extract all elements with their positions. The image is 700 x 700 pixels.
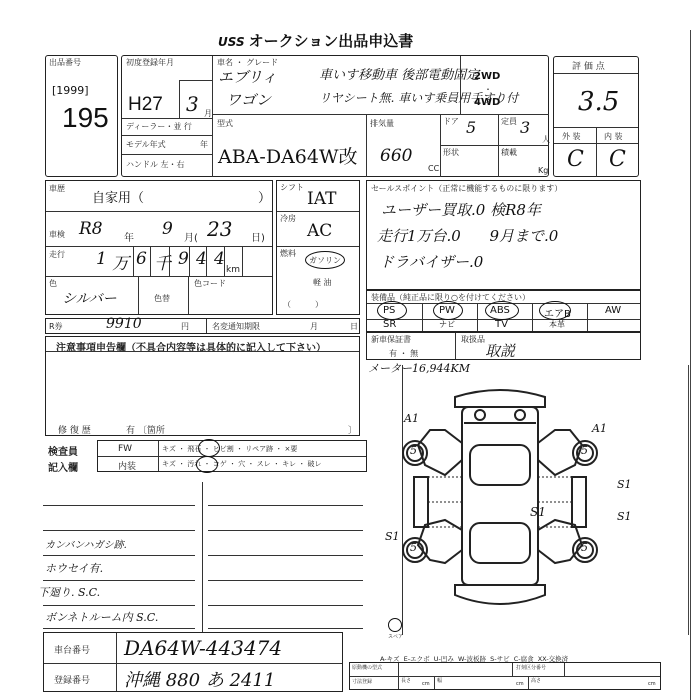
equip-tv[interactable]: TV — [495, 319, 508, 330]
transfer-deadline-label: 名変通知期限 — [212, 321, 260, 332]
first-registration-month: 3 — [186, 92, 199, 116]
car-body: ワゴン — [226, 89, 271, 110]
sales-point-line: ドラバイザー.0 — [379, 251, 483, 272]
usage-close: ） — [258, 187, 271, 206]
accessories-value: 取説 — [485, 340, 515, 361]
car-name: エブリィ — [218, 66, 277, 87]
aircon-label: 冷房 — [280, 213, 296, 224]
repair-close: 〕 — [348, 423, 357, 436]
notes-box: 注意事項申告欄（不具合内容等は具体的に記入して下さい） 修 復 歴 有 〔箇所 … — [45, 336, 360, 436]
repair-history-value: 有 〔箇所 — [126, 423, 165, 436]
tire-tread-rl: 5 — [410, 541, 417, 554]
drive-4wd[interactable]: 4WD — [474, 97, 500, 108]
capacity-label: 定員 — [501, 116, 517, 127]
recycle-unit: 円 — [181, 321, 189, 332]
model-code: ABA-DA64W改 — [218, 142, 358, 169]
inspection-label: 車検 — [49, 229, 65, 240]
mileage-digit: 6 — [136, 249, 147, 269]
fuel-diesel[interactable]: 軽 油 — [313, 277, 332, 288]
damage-mark-right-side: S1 — [617, 478, 632, 491]
model-code-label: 型式 — [217, 118, 233, 129]
dimension-label: 寸法登録 — [352, 678, 372, 685]
warranty-box: 新車保証書 有 ・ 無 取扱品 取説 — [366, 332, 641, 360]
abs-circle — [485, 301, 519, 320]
interior-items: キズ ・ 汚れ ・ コゲ ・ 穴 ・ スレ ・ キレ ・ 破レ — [162, 459, 322, 469]
car-damage-diagram — [400, 385, 600, 615]
inspector-note: カンバンハガシ跡. — [45, 536, 127, 551]
cm-unit: cm — [648, 681, 656, 687]
chassis-number: DA64W-443474 — [124, 636, 282, 660]
transfer-day-unit: 日 — [350, 321, 358, 332]
fuel-other[interactable]: （ ） — [283, 299, 323, 310]
model-year-label: モデル年式 — [126, 139, 166, 150]
equip-sr[interactable]: SR — [383, 319, 396, 330]
fw-items: キズ ・ 飛石 ・ ヒビ割 ・ リペア跡 ・ ×要 — [162, 444, 297, 454]
dealer-row-label: ディーラー・並 行 — [126, 121, 192, 132]
lot-number: 195 — [62, 102, 109, 134]
form-title: オークション出品申込書 — [249, 32, 414, 50]
usage-label: 車歴 — [49, 183, 65, 194]
displacement-value: 660 — [380, 146, 412, 166]
score-value: 3.5 — [578, 87, 619, 117]
grade-line-1: 車いす移動車 後部電動固定 — [319, 64, 479, 83]
inspector-label: 検査員 — [48, 443, 78, 458]
color-label: 色 — [49, 278, 57, 289]
shape-label: 形状 — [443, 147, 459, 158]
sales-point-label: セールスポイント（正常に機能するものに限ります） — [371, 183, 562, 194]
mileage-unit: km — [226, 265, 240, 275]
engine-info-box: 原動機の型式 打刻区分番号 寸法登録 長さ 幅 高さ cm cm cm — [349, 662, 661, 690]
interior-grade: C — [609, 147, 626, 172]
pw-circle — [433, 301, 463, 320]
capacity-value: 3 — [520, 118, 530, 137]
registration-label: 登録番号 — [54, 673, 90, 686]
doors-label: ドア — [443, 116, 459, 127]
registration-number: 沖縄 880 あ 2411 — [124, 666, 275, 692]
tire-tread-rr: 5 — [581, 541, 588, 554]
warranty-value: 有 ・ 無 — [389, 348, 418, 359]
form-header: USSオークション出品申込書 — [218, 30, 518, 51]
recycle-label: R券 — [49, 321, 63, 332]
tire-tread-fr: 5 — [581, 444, 588, 457]
inspection-month: 9 — [162, 219, 173, 239]
drivetrain-box: シフト IAT 冷房 AC 燃料 ガソリン 軽 油 （ ） — [276, 180, 360, 315]
warranty-label: 新車保証書 — [371, 334, 411, 345]
score-label: 評 価 点 — [572, 59, 605, 72]
inspection-year-unit: 年 — [124, 229, 134, 244]
displacement-unit: CC — [428, 164, 439, 173]
interior-label: 内 装 — [604, 131, 623, 142]
length-label: 長さ — [401, 677, 411, 684]
capacity-unit: 人 — [542, 134, 550, 145]
recycle-fee: 9910 — [106, 316, 142, 332]
doors-value: 5 — [466, 118, 476, 137]
odometer-note: メーター16,944KM — [368, 360, 470, 376]
color-value: シルバー — [62, 288, 117, 308]
fuel-label: 燃料 — [280, 248, 296, 259]
equip-aw[interactable]: AW — [605, 305, 621, 316]
sales-point-line: ユーザー買取.0 検R8年 — [381, 199, 541, 220]
stain-circle — [196, 456, 218, 473]
inspector-note: ホウセイ有. — [45, 560, 103, 576]
inspection-month-unit: 月( — [184, 229, 198, 244]
exterior-label: 外 装 — [562, 131, 581, 142]
cm-unit: cm — [516, 681, 524, 687]
damage-mark-left-side: S1 — [385, 530, 400, 543]
damage-mark-right-side: S1 — [617, 510, 632, 523]
accessories-label: 取扱品 — [461, 334, 485, 345]
vehicle-info-box: 初度登録年月 H27 3 月 ディーラー・並 行 モデル年式 年 ハンドル 左・… — [121, 55, 549, 177]
shift-value: IAT — [307, 189, 336, 209]
drive-separator: ・ — [484, 84, 492, 95]
load-unit: Kg — [538, 166, 548, 175]
repair-history-label: 修 復 歴 — [58, 423, 91, 436]
equipment-box: 装備品（純正品に限り○を付けてください） PS PW ABS エアB AW SR… — [366, 290, 641, 332]
exterior-grade: C — [567, 147, 584, 172]
first-registration-label: 初度登録年月 — [126, 57, 174, 68]
lot-number-box: 出品番号 [1999] 195 — [45, 55, 118, 177]
mileage-label: 走行 — [49, 249, 65, 260]
repaint-label: 色替 — [154, 293, 170, 304]
spare-tire-icon — [388, 618, 402, 632]
sales-point-box: セールスポイント（正常に機能するものに限ります） ユーザー買取.0 検R8年 走… — [366, 180, 641, 290]
equip-navi[interactable]: ナビ — [439, 319, 455, 330]
width-label: 幅 — [437, 677, 442, 684]
inspection-day-unit: 日) — [251, 229, 265, 244]
recycle-row: R券 9910 円 名変通知期限 月 日 — [45, 318, 360, 334]
tire-tread-fl: 5 — [410, 444, 417, 457]
inspector-note: ボンネトルーム内 S.C. — [45, 609, 158, 625]
inspector-entry-label: 記入欄 — [48, 459, 78, 474]
spare-label: スペア — [388, 633, 403, 640]
stamp-number-label: 打刻区分番号 — [516, 664, 546, 671]
mileage-digit: 1 — [96, 249, 107, 269]
load-label: 積載 — [501, 147, 517, 158]
aircon-value: AC — [307, 221, 332, 241]
score-box: 評 価 点 3.5 外 装 内 装 C C — [553, 56, 639, 177]
stone-chip-circle — [198, 439, 220, 457]
transfer-month-unit: 月 — [310, 321, 318, 332]
usage-value: 自家用（ — [92, 187, 144, 206]
mileage-digit: 9 — [178, 249, 189, 269]
damage-mark-front-right: A1 — [592, 422, 607, 435]
shift-label: シフト — [280, 182, 304, 193]
fuel-gasoline[interactable]: ガソリン — [309, 255, 341, 266]
damage-mark-roof: S1 — [530, 505, 546, 519]
height-label: 高さ — [531, 677, 541, 684]
equip-leather[interactable]: 本革 — [549, 319, 565, 330]
inspector-table: FW キズ ・ 飛石 ・ ヒビ割 ・ リペア跡 ・ ×要 内装 キズ ・ 汚れ … — [97, 440, 367, 472]
history-box: 車歴 自家用（ ） 車検 R8 年 9 月( 23 日) 走行 1 万 6 千 … — [45, 180, 273, 315]
brand-logo: USS — [218, 35, 245, 49]
fw-category: FW — [118, 444, 132, 454]
airbag-circle — [539, 301, 571, 320]
page-edge-line — [690, 30, 691, 700]
auction-session: [1999] — [52, 84, 89, 97]
chassis-registration-box: 車台番号 DA64W-443474 登録番号 沖縄 880 あ 2411 — [43, 632, 343, 692]
color-code-label: 色コード — [194, 278, 226, 289]
model-year-unit: 年 — [200, 139, 208, 150]
first-registration-year: H27 — [128, 94, 163, 116]
ps-circle — [377, 301, 407, 320]
inspection-year: R8 — [79, 219, 103, 239]
engine-type-label: 原動機の型式 — [352, 664, 382, 671]
damage-mark-front-left: A1 — [404, 412, 419, 425]
displacement-label: 排気量 — [370, 118, 394, 129]
cm-unit: cm — [422, 681, 430, 687]
chassis-label: 車台番号 — [54, 643, 90, 656]
interior-category: 内装 — [118, 459, 136, 472]
inspector-note: 下廻り. S.C. — [38, 584, 100, 600]
handle-row-label: ハンドル 左・右 — [126, 159, 185, 170]
sales-point-line: 走行1万台.0 9月まで.0 — [377, 225, 558, 246]
inspection-day: 23 — [207, 217, 232, 241]
drive-2wd[interactable]: 2WD — [474, 71, 500, 82]
mileage-digit: 万 — [112, 249, 129, 274]
lot-label: 出品番号 — [49, 57, 81, 68]
